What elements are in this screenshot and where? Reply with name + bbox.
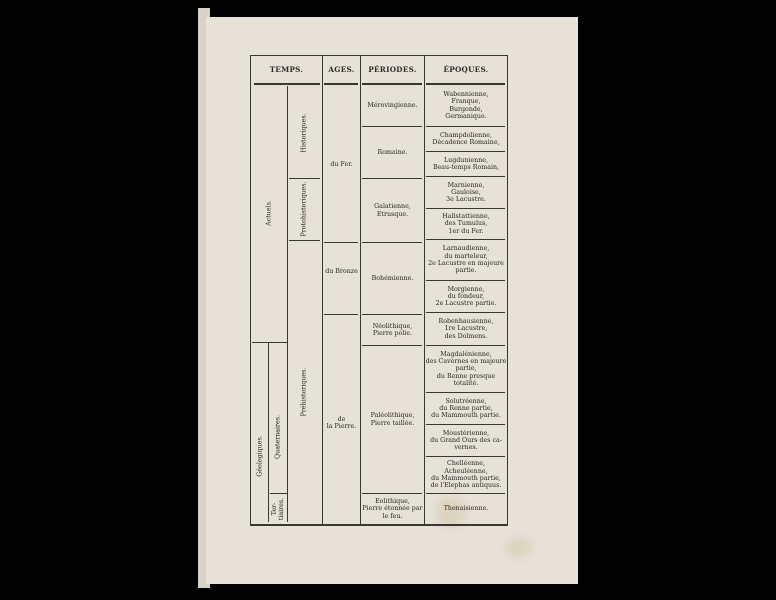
temps-historiques: Historiques. <box>301 113 308 152</box>
age-fer: du Fer. <box>323 150 360 180</box>
periode-merovingienne: Mérovingienne. <box>361 85 424 126</box>
epoque-row: Solutréenne, du Renne partie, du Mammout… <box>425 393 507 424</box>
header-temps: TEMPS. <box>251 56 322 83</box>
epoque-row: Moustérienne, du Grand Ours des ca- vern… <box>425 425 507 456</box>
age-bronze: du Bronze <box>321 262 362 282</box>
header-epoques: ÉPOQUES. <box>425 56 507 83</box>
header-ages: AGES. <box>323 56 360 83</box>
periode-galatienne: Galatienne, Etrusque. <box>361 179 424 242</box>
epoque-row: Morgienne, du fondeur, 2e Lacustre parti… <box>425 281 507 312</box>
epoque-row: Chelléenne, Acheuléenne, du Mammouth par… <box>425 457 507 493</box>
epoque-row: Wabennienne, Franque, Burgonde, Germaniq… <box>425 85 507 126</box>
epoque-row: Larnaudienne, du marteleur, 2e Lacustre … <box>425 240 507 280</box>
epoque-row: Magdalénienne, des Cavernes en majeure p… <box>425 346 507 392</box>
periode-bohemienne: Bohémienne. <box>361 243 424 314</box>
temps-quaternaires: Quaternaires. <box>275 415 282 459</box>
temps-prehistoriques: Préhistoriques. <box>301 368 308 417</box>
epoque-row: Lugdunienne, Beau-temps Romain, <box>425 152 507 176</box>
periode-romaine: Romaine. <box>361 127 424 178</box>
epoque-row: Hallstattienne, des Tumulus, 1er du Fer. <box>425 209 507 239</box>
temps-tertiaires: Ter- tiaires. <box>271 498 285 520</box>
age-pierre: de la Pierre. <box>323 408 360 438</box>
temps-protohistoriques: Protohistoriques. <box>301 181 308 236</box>
temps-geologiques: Géologiques. <box>257 435 264 476</box>
periode-paleolithique: Paléolithique, Pierre taillée. <box>361 346 424 493</box>
epoque-row: Champdolienne, Décadence Romaine, <box>425 127 507 151</box>
epoque-row: Robenhausienne, 1re Lacustre, des Dolmen… <box>425 313 507 345</box>
header-periodes: PÉRIODES. <box>361 56 424 83</box>
epoque-row: Thenaisienne. <box>425 494 507 524</box>
periode-neolithique: Néolithique, Pierre polie. <box>361 315 424 345</box>
periode-eolithique: Eolithique, Pierre étonnée par le feu. <box>361 494 424 524</box>
epoque-row: Marnienne, Gauloise, 3e Lacustre. <box>425 177 507 208</box>
temps-actuels: Actuels. <box>266 200 273 226</box>
